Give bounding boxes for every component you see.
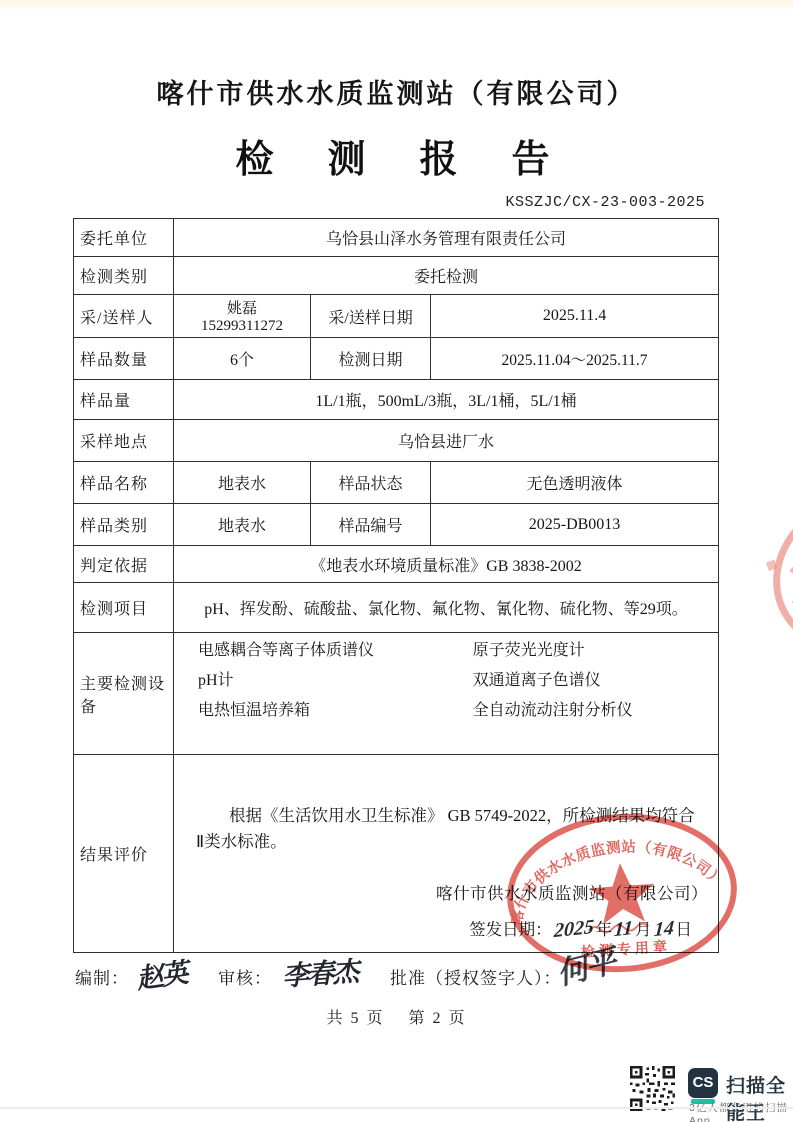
field-value: 6个 <box>174 338 311 380</box>
field-value: 2025.11.04～2025.11.7 <box>431 338 719 380</box>
equipment-item: 电热恒温培养箱 <box>198 697 473 720</box>
field-label: 委托单位 <box>74 219 174 257</box>
field-label: 结果评价 <box>74 755 174 953</box>
handwritten-month: 11 <box>613 918 633 940</box>
signature-row: 编制： 赵英 审核： 李春杰 批准（授权签字人）： 何平 <box>0 952 793 1004</box>
field-label: 判定依据 <box>74 546 174 583</box>
result-text: 根据《生活饮用水卫生标准》 GB 5749-2022，所检测结果均符合Ⅱ类水标准… <box>196 803 698 854</box>
issuing-org: 喀什市供水水质监测站（有限公司） <box>436 880 708 904</box>
equipment-cell: 电感耦合等离子体质谱仪 pH计 电热恒温培养箱 原子荧光光度计 双通道离子色谱仪… <box>174 633 719 755</box>
table-row: 检测项目 pH、挥发酚、硫酸盐、氯化物、氟化物、氰化物、硫化物、等29项。 <box>74 583 719 633</box>
field-value: 地表水 <box>174 462 311 504</box>
table-row: 样品类别 地表水 样品编号 2025-DB0013 <box>74 504 719 546</box>
day-char: 日 <box>676 920 693 939</box>
equipment-item: 全自动流动注射分析仪 <box>473 697 712 720</box>
report-code: KSSZJC/CX-23-003-2025 <box>505 194 705 211</box>
field-value: 乌恰县山泽水务管理有限责任公司 <box>174 219 719 257</box>
table-row: 采样地点 乌恰县进厂水 <box>74 420 719 462</box>
organization-title: 喀什市供水水质监测站（有限公司） <box>0 72 793 111</box>
table-row: 结果评价 根据《生活饮用水卫生标准》 GB 5749-2022，所检测结果均符合… <box>74 755 719 953</box>
scanner-app-tagline: 3亿人都在用的扫描App <box>689 1100 793 1122</box>
qr-code <box>630 1066 675 1111</box>
table-row: 委托单位 乌恰县山泽水务管理有限责任公司 <box>74 219 719 257</box>
field-label: 采样地点 <box>74 420 174 462</box>
field-label: 主要检测设备 <box>74 633 174 755</box>
table-row: 检测类别 委托检测 <box>74 257 719 295</box>
field-value: 《地表水环境质量标准》GB 3838-2002 <box>174 546 719 583</box>
equipment-item: 电感耦合等离子体质谱仪 <box>198 637 473 660</box>
field-label: 样品名称 <box>74 462 174 504</box>
result-cell: 根据《生活饮用水卫生标准》 GB 5749-2022，所检测结果均符合Ⅱ类水标准… <box>174 755 719 953</box>
issue-date-line: 签发日期：2025年11月14日 <box>469 916 692 940</box>
scan-edge-artifact-top <box>0 0 793 12</box>
field-label: 样品编号 <box>311 504 431 546</box>
issue-date-label: 签发日期： <box>469 920 552 939</box>
field-label: 采/送样日期 <box>311 295 431 338</box>
field-label: 检测项目 <box>74 583 174 633</box>
reviewed-by-signature: 李春杰 <box>281 949 359 993</box>
field-value: 无色透明液体 <box>431 462 719 504</box>
field-label: 样品状态 <box>311 462 431 504</box>
field-value: 2025-DB0013 <box>431 504 719 546</box>
approved-by-label: 批准（授权签字人）： <box>390 964 562 989</box>
table-row: 主要检测设备 电感耦合等离子体质谱仪 pH计 电热恒温培养箱 原子荧光光度计 双… <box>74 633 719 755</box>
reviewed-by-label: 审核： <box>218 964 272 989</box>
field-value: pH、挥发酚、硫酸盐、氯化物、氟化物、氰化物、硫化物、等29项。 <box>174 583 719 633</box>
red-edge-stamp-partial <box>743 487 793 655</box>
field-value: 地表水 <box>174 504 311 546</box>
report-table: 委托单位 乌恰县山泽水务管理有限责任公司 检测类别 委托检测 采/送样人 姚磊 … <box>73 218 719 953</box>
equipment-item: pH计 <box>198 667 473 690</box>
table-row: 样品量 1L/1瓶，500mL/3瓶，3L/1桶，5L/1桶 <box>74 380 719 420</box>
handwritten-year: 2025 <box>553 917 594 941</box>
field-value: 乌恰县进厂水 <box>174 420 719 462</box>
scan-edge-artifact-bottom <box>0 1107 793 1109</box>
equipment-item: 双通道离子色谱仪 <box>473 667 712 690</box>
month-char: 月 <box>635 920 652 939</box>
prepared-by-signature: 赵英 <box>134 951 189 997</box>
field-value: 1L/1瓶，500mL/3瓶，3L/1桶，5L/1桶 <box>174 380 719 420</box>
field-value: 姚磊 15299311272 <box>174 295 311 338</box>
scanned-report-page: 喀什市供水水质监测站（有限公司） 检 测 报 告 KSSZJC/CX-23-00… <box>0 0 793 1122</box>
field-label: 采/送样人 <box>74 295 174 338</box>
table-row: 判定依据 《地表水环境质量标准》GB 3838-2002 <box>74 546 719 583</box>
equipment-item: 原子荧光光度计 <box>473 637 712 660</box>
table-row: 样品名称 地表水 样品状态 无色透明液体 <box>74 462 719 504</box>
field-value: 委托检测 <box>174 257 719 295</box>
handwritten-day: 14 <box>653 918 674 940</box>
field-label: 样品量 <box>74 380 174 420</box>
page-number-footer: 共 5 页 第 2 页 <box>0 1005 793 1028</box>
table-row: 样品数量 6个 检测日期 2025.11.04～2025.11.7 <box>74 338 719 380</box>
camscanner-logo-icon: CS <box>688 1068 718 1098</box>
field-label: 样品数量 <box>74 338 174 380</box>
field-label: 检测类别 <box>74 257 174 295</box>
field-value: 2025.11.4 <box>431 295 719 338</box>
table-row: 采/送样人 姚磊 15299311272 采/送样日期 2025.11.4 <box>74 295 719 338</box>
prepared-by-label: 编制： <box>75 964 129 989</box>
field-label: 检测日期 <box>311 338 431 380</box>
report-title: 检 测 报 告 <box>0 128 793 183</box>
field-label: 样品类别 <box>74 504 174 546</box>
